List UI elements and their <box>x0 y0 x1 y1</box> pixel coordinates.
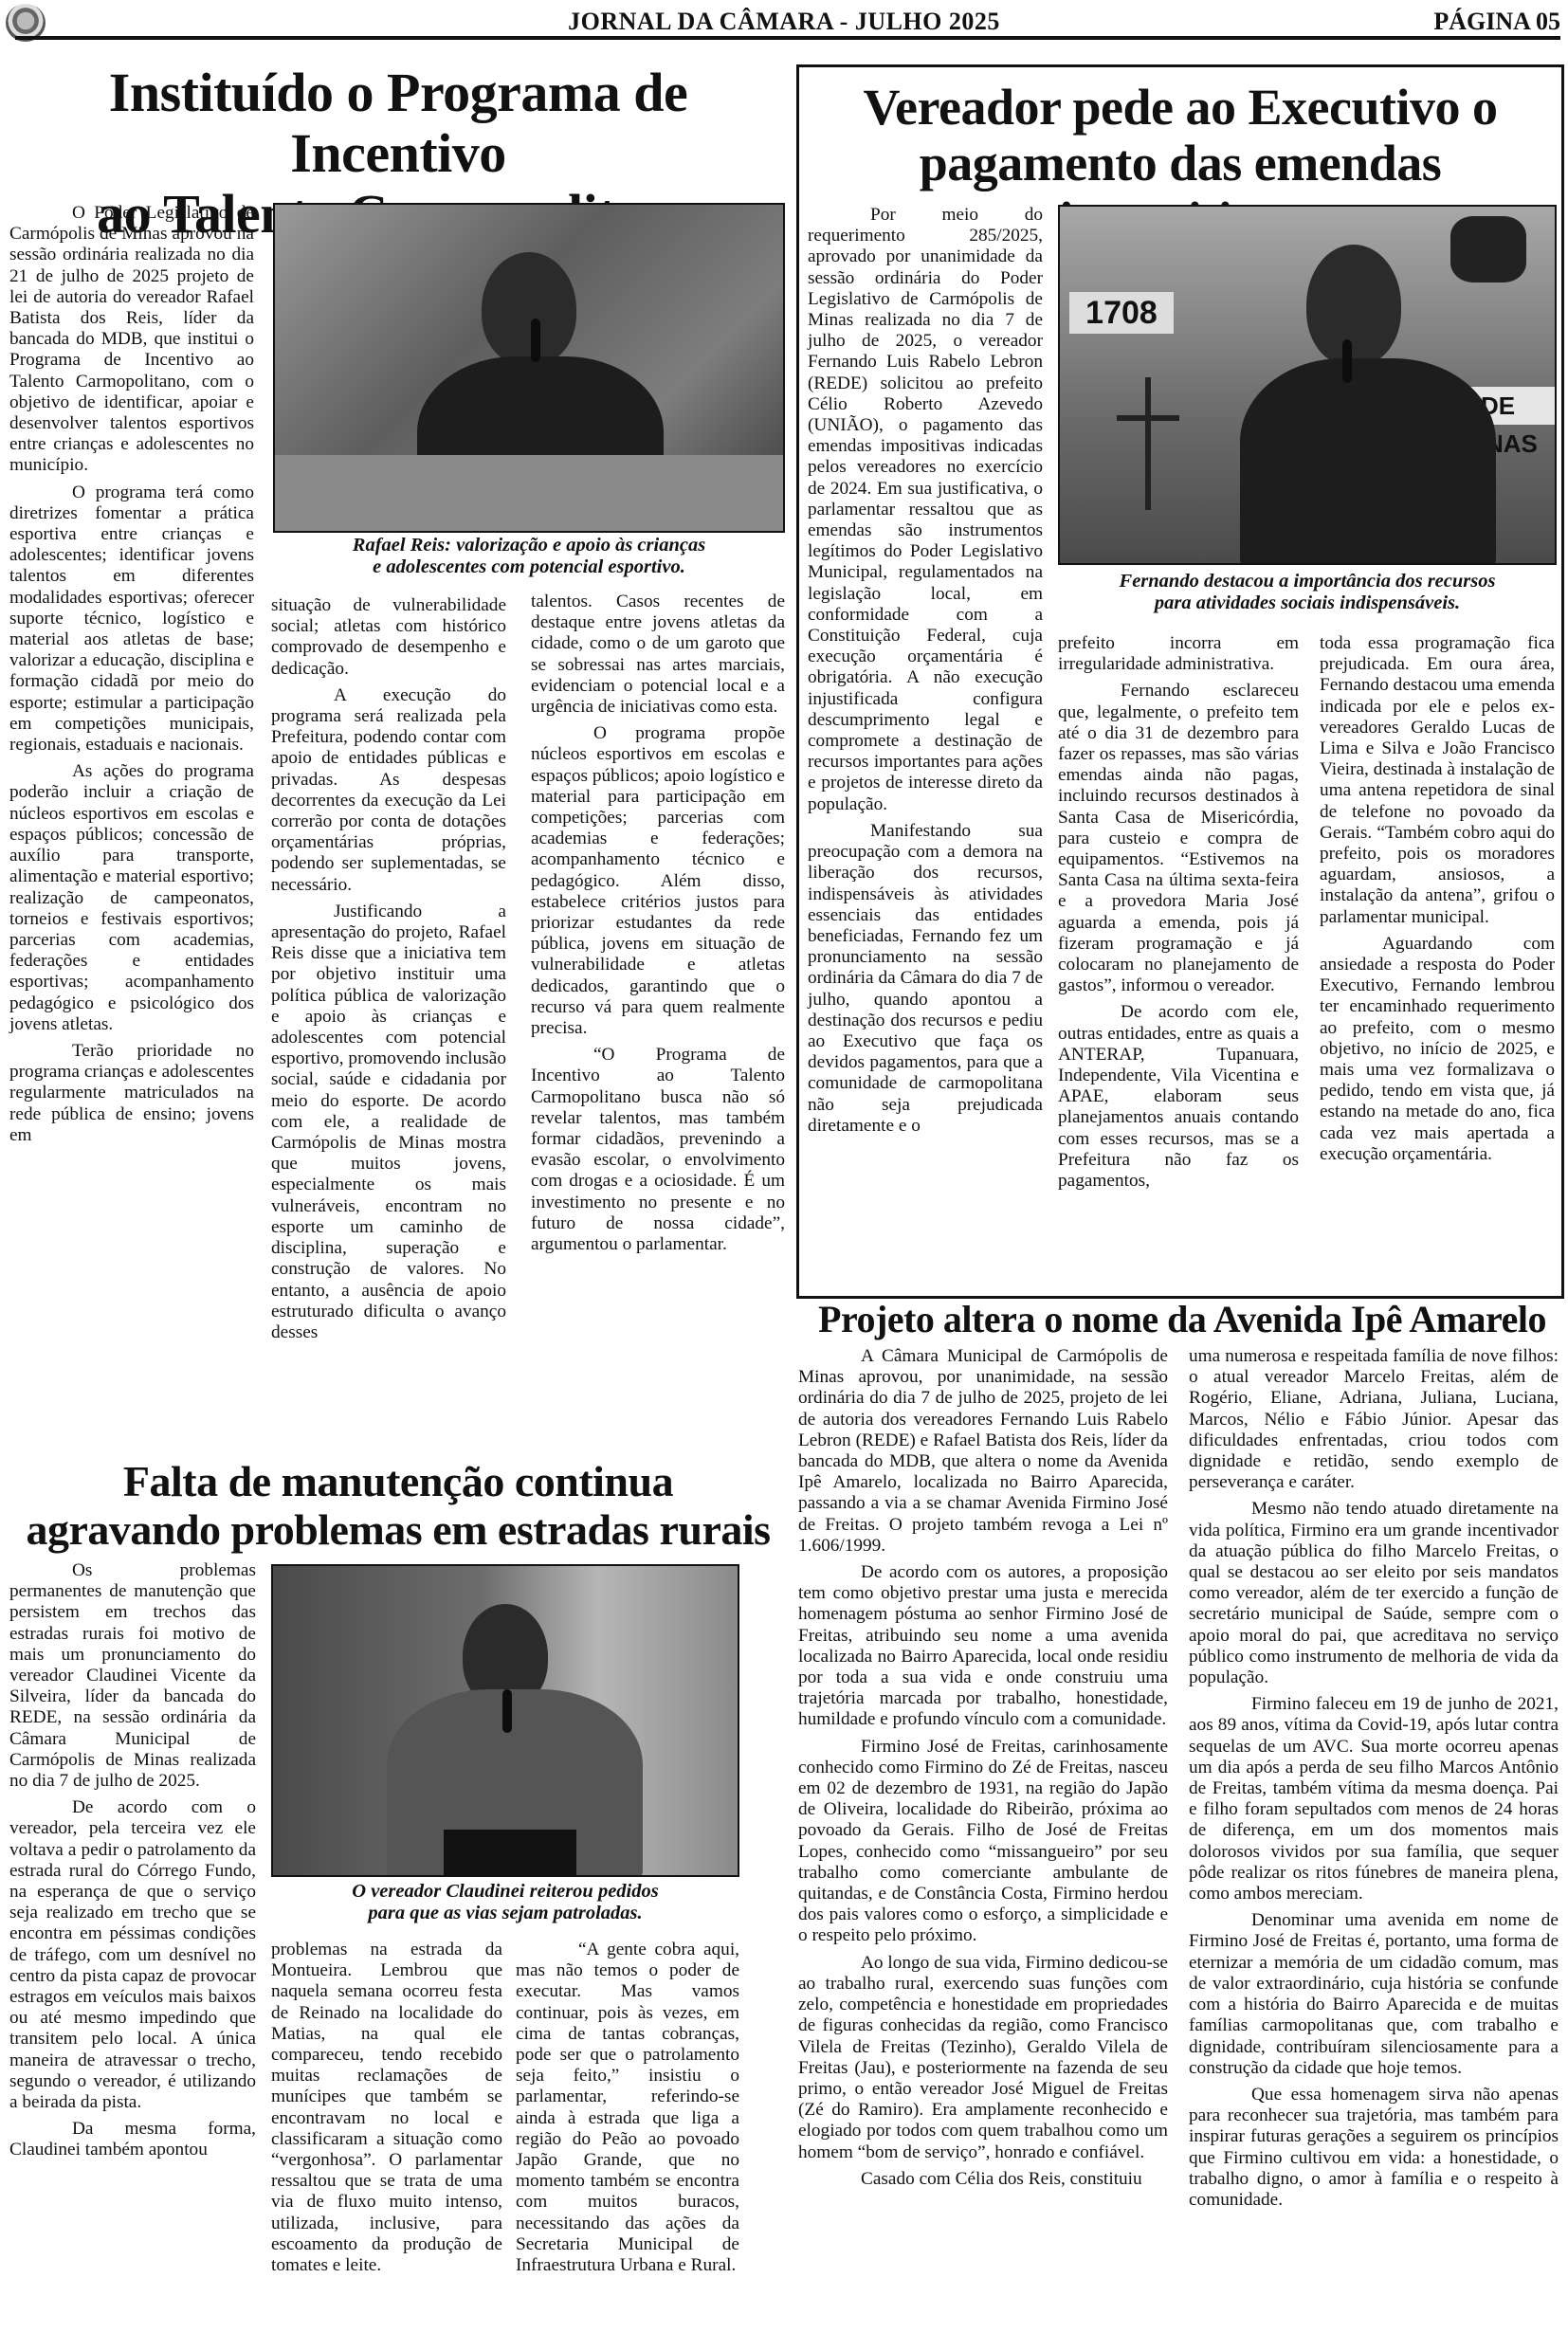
headline-line: Instituído o Programa de Incentivo <box>109 62 687 184</box>
paragraph: uma numerosa e respeitada família de nov… <box>1189 1346 1559 1493</box>
article-falta-col3: “A gente cobra aqui, mas não temos o pod… <box>516 1940 739 2282</box>
article-projeto-col2: uma numerosa e respeitada família de nov… <box>1189 1346 1559 2216</box>
photo-sign: 1708 <box>1069 292 1174 334</box>
headline-line: agravando problemas em estradas rurais <box>26 1505 770 1554</box>
paragraph: Firmino José de Freitas, carinhosamente … <box>798 1737 1168 1947</box>
article-falta-col1: Os problemas permanentes de manutenção q… <box>9 1560 256 2167</box>
paragraph: Aguardando com ansiedade a resposta do P… <box>1320 934 1555 1165</box>
paragraph: Os problemas permanentes de manutenção q… <box>9 1560 256 1792</box>
paragraph: Ao longo de sua vida, Firmino dedicou-se… <box>798 1953 1168 2163</box>
paragraph: Mesmo não tendo atuado diretamente na vi… <box>1189 1499 1559 1688</box>
paragraph: Casado com Célia dos Reis, constituiu <box>798 2169 1168 2190</box>
paragraph: Manifestando sua preocupação com a demor… <box>808 821 1043 1137</box>
paragraph: De acordo com ele, outras entidades, ent… <box>1058 1002 1299 1192</box>
photo-caption-rafael: Rafael Reis: valorização e apoio às cria… <box>273 535 785 578</box>
page-number: PÁGINA 05 <box>1433 8 1560 36</box>
paragraph: De acordo com os autores, a proposição t… <box>798 1562 1168 1731</box>
paragraph: Terão prioridade no programa crianças e … <box>9 1041 254 1146</box>
article-vereador-col2: prefeito incorra em irregularidade admin… <box>1058 633 1299 1197</box>
paragraph: O Poder Legislativo de Carmópolis de Min… <box>9 203 254 477</box>
headline-falta: Falta de manutenção continua agravando p… <box>0 1458 796 1554</box>
photo-claudinei <box>271 1564 739 1877</box>
paragraph: talentos. Casos recentes de destaque ent… <box>531 592 785 718</box>
headline-line: Falta de manutenção continua <box>123 1457 673 1505</box>
paragraph: Que essa homenagem sirva não apenas para… <box>1189 2085 1559 2211</box>
paragraph: “O Programa de Incentivo ao Talento Carm… <box>531 1045 785 1255</box>
paragraph: Denominar uma avenida em nome de Firmino… <box>1189 1910 1559 2079</box>
newspaper-title: JORNAL DA CÂMARA - JULHO 2025 <box>0 8 1568 36</box>
paragraph: Firmino faleceu em 19 de junho de 2021, … <box>1189 1694 1559 1904</box>
article-incentivo-col2: situação de vulnerabilidade social; atle… <box>271 595 506 1349</box>
paragraph: O programa propõe núcleos esportivos em … <box>531 723 785 1039</box>
photo-rafael-reis <box>273 203 785 533</box>
article-vereador-col3: toda essa programação fica prejudicada. … <box>1320 633 1555 1171</box>
paragraph: Por meio do requerimento 285/2025, aprov… <box>808 205 1043 815</box>
photo-caption-fernando: Fernando destacou a importância dos recu… <box>1058 571 1557 614</box>
paragraph: problemas na estrada da Montueira. Lembr… <box>271 1940 502 2276</box>
headline-projeto: Projeto altera o nome da Avenida Ipê Ama… <box>796 1299 1568 1340</box>
photo-fernando: 1708 DE MINAS <box>1058 205 1557 565</box>
paragraph: A Câmara Municipal de Carmópolis de Mina… <box>798 1346 1168 1557</box>
paragraph: O programa terá como diretrizes fomentar… <box>9 483 254 756</box>
paragraph: toda essa programação fica prejudicada. … <box>1320 633 1555 928</box>
masthead-rule <box>15 36 1560 40</box>
article-vereador-col1: Por meio do requerimento 285/2025, aprov… <box>808 205 1043 1142</box>
paragraph: Da mesma forma, Claudinei também apontou <box>9 2119 256 2160</box>
headline-line: Vereador pede ao Executivo o <box>864 79 1498 136</box>
paragraph: “A gente cobra aqui, mas não temos o pod… <box>516 1940 739 2276</box>
paragraph: prefeito incorra em irregularidade admin… <box>1058 633 1299 675</box>
article-falta-col2: problemas na estrada da Montueira. Lembr… <box>271 1940 502 2282</box>
paragraph: De acordo com o vereador, pela terceira … <box>9 1797 256 2113</box>
photo-caption-claudinei: O vereador Claudinei reiterou pedidos pa… <box>271 1881 739 1924</box>
paragraph: Justificando a apresentação do projeto, … <box>271 902 506 1343</box>
paragraph: As ações do programa poderão incluir a c… <box>9 761 254 1035</box>
article-incentivo-col3: talentos. Casos recentes de destaque ent… <box>531 592 785 1261</box>
paragraph: A execução do programa será realizada pe… <box>271 685 506 896</box>
paragraph: Fernando esclareceu que, legalmente, o p… <box>1058 681 1299 996</box>
paragraph: situação de vulnerabilidade social; atle… <box>271 595 506 680</box>
article-projeto-col1: A Câmara Municipal de Carmópolis de Mina… <box>798 1346 1168 2196</box>
article-incentivo-col1: O Poder Legislativo de Carmópolis de Min… <box>9 203 254 1152</box>
